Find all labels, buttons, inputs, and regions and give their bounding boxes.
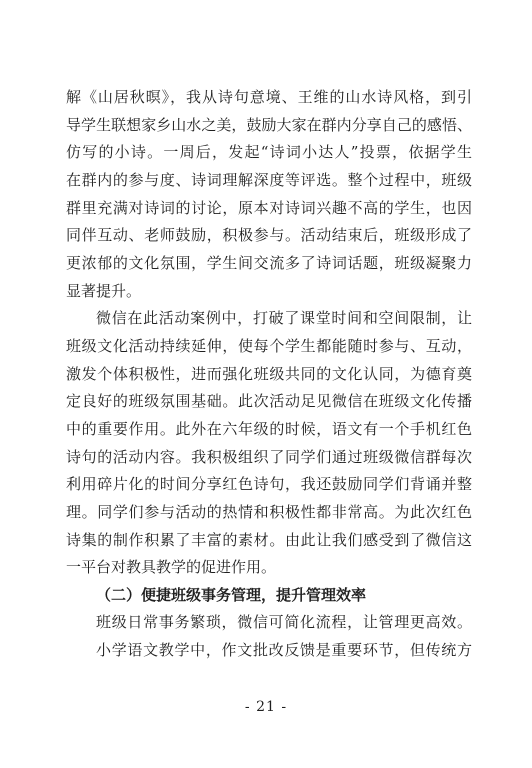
- document-body: 解《山居秋暝》，我从诗句意境、王维的山水诗风格，到引导学生联想家乡山水之美，鼓励…: [66, 84, 472, 665]
- text-line: 利用碎片化的时间分享红色诗句，我还鼓励同学们背诵并整: [66, 471, 472, 499]
- text-line: 小学语文教学中，作文批改反馈是重要环节，但传统方: [66, 637, 472, 665]
- page-number: - 21 -: [0, 699, 532, 715]
- text-line: 班级文化活动持续延伸，使每个学生都能随时参与、互动，: [66, 333, 472, 361]
- text-line: 显著提升。: [66, 278, 472, 306]
- text-line: 微信在此活动案例中，打破了课堂时间和空间限制，让: [66, 305, 472, 333]
- text-line: 中的重要作用。此外在六年级的时候，语文有一个手机红色: [66, 416, 472, 444]
- text-line: 仿写的小诗。一周后，发起“诗词小达人”投票，依据学生: [66, 139, 472, 167]
- text-line: 解《山居秋暝》，我从诗句意境、王维的山水诗风格，到引: [66, 84, 472, 112]
- text-line: 同伴互动、老师鼓励，积极参与。活动结束后，班级形成了: [66, 222, 472, 250]
- section-heading: （二）便捷班级事务管理，提升管理效率: [66, 582, 472, 610]
- text-line: 导学生联想家乡山水之美，鼓励大家在群内分享自己的感悟、: [66, 112, 472, 140]
- text-line: 理。同学们参与活动的热情和积极性都非常高。为此次红色: [66, 499, 472, 527]
- text-line: 更浓郁的文化氛围，学生间交流多了诗词话题，班级凝聚力: [66, 250, 472, 278]
- text-line: 诗句的活动内容。我积极组织了同学们通过班级微信群每次: [66, 444, 472, 472]
- text-line: 激发个体积极性，进而强化班级共同的文化认同，为德育奠: [66, 361, 472, 389]
- text-line: 诗集的制作积累了丰富的素材。由此让我们感受到了微信这: [66, 527, 472, 555]
- text-line: 班级日常事务繁琐，微信可简化流程，让管理更高效。: [66, 609, 472, 637]
- text-line: 一平台对教具教学的促进作用。: [66, 554, 472, 582]
- text-line: 定良好的班级氛围基础。此次活动足见微信在班级文化传播: [66, 388, 472, 416]
- text-line: 在群内的参与度、诗词理解深度等评选。整个过程中，班级: [66, 167, 472, 195]
- text-line: 群里充满对诗词的讨论，原本对诗词兴趣不高的学生，也因: [66, 195, 472, 223]
- document-page: 解《山居秋暝》，我从诗句意境、王维的山水诗风格，到引导学生联想家乡山水之美，鼓励…: [0, 0, 532, 768]
